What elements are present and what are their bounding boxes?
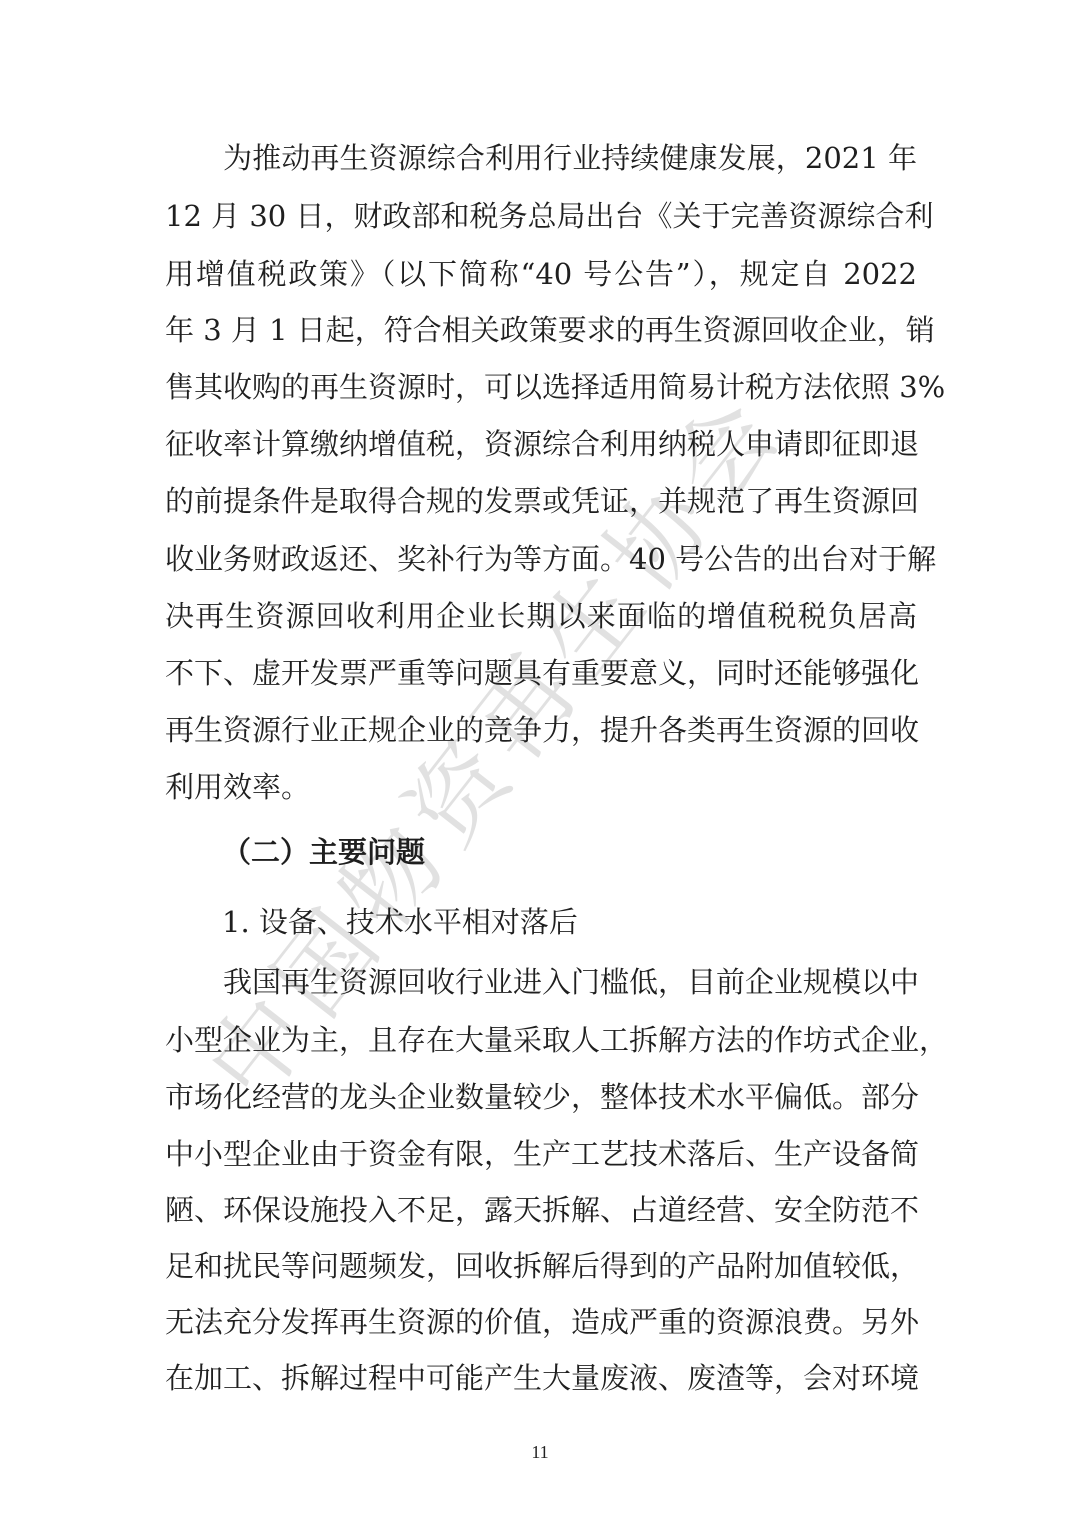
text-line: 不下、虚开发票严重等问题具有重要意义，同时还能够强化: [165, 653, 917, 693]
text-line: 足和扰民等问题频发，回收拆解后得到的产品附加值较低，: [165, 1246, 917, 1286]
text-line: 再生资源行业正规企业的竞争力，提升各类再生资源的回收: [165, 710, 917, 750]
text-line: 在加工、拆解过程中可能产生大量废液、废渣等，会对环境: [165, 1358, 917, 1398]
text-line: 我国再生资源回收行业进入门槛低，目前企业规模以中: [165, 962, 917, 1002]
text-line: 利用效率。: [165, 767, 917, 807]
text-line: 的前提条件是取得合规的发票或凭证，并规范了再生资源回: [165, 481, 917, 521]
page-number: 11: [0, 1442, 1080, 1463]
document-page: 中国物资再生协会 为推动再生资源综合利用行业持续健康发展，2021 年 12 月…: [0, 0, 1080, 1527]
text-line: 决再生资源回收利用企业长期以来面临的增值税税负居高: [165, 596, 917, 636]
text-line: 市场化经营的龙头企业数量较少，整体技术水平偏低。部分: [165, 1077, 917, 1117]
text-line: 为推动再生资源综合利用行业持续健康发展，2021 年: [165, 138, 917, 178]
section-heading: （二）主要问题: [222, 832, 622, 872]
text-line: 收业务财政返还、奖补行为等方面。40 号公告的出台对于解: [165, 539, 917, 579]
text-line: 年 3 月 1 日起，符合相关政策要求的再生资源回收企业，销: [165, 310, 917, 350]
text-line: 小型企业为主，且存在大量采取人工拆解方法的作坊式企业，: [165, 1020, 935, 1060]
text-line: 中小型企业由于资金有限，生产工艺技术落后、生产设备简: [165, 1134, 917, 1174]
text-line: 无法充分发挥再生资源的价值，造成严重的资源浪费。另外: [165, 1302, 917, 1342]
text-line: 售其收购的再生资源时，可以选择适用简易计税方法依照 3%: [165, 367, 917, 407]
text-line: 征收率计算缴纳增值税，资源综合利用纳税人申请即征即退: [165, 424, 917, 464]
text-line: 陋、环保设施投入不足，露天拆解、占道经营、安全防范不: [165, 1190, 917, 1230]
text-line: 用增值税政策》（以下简称“40 号公告”），规定自 2022: [165, 254, 917, 294]
subsection-heading: 1. 设备、技术水平相对落后: [222, 902, 722, 942]
text-line: 12 月 30 日，财政部和税务总局出台《关于完善资源综合利: [165, 196, 917, 236]
